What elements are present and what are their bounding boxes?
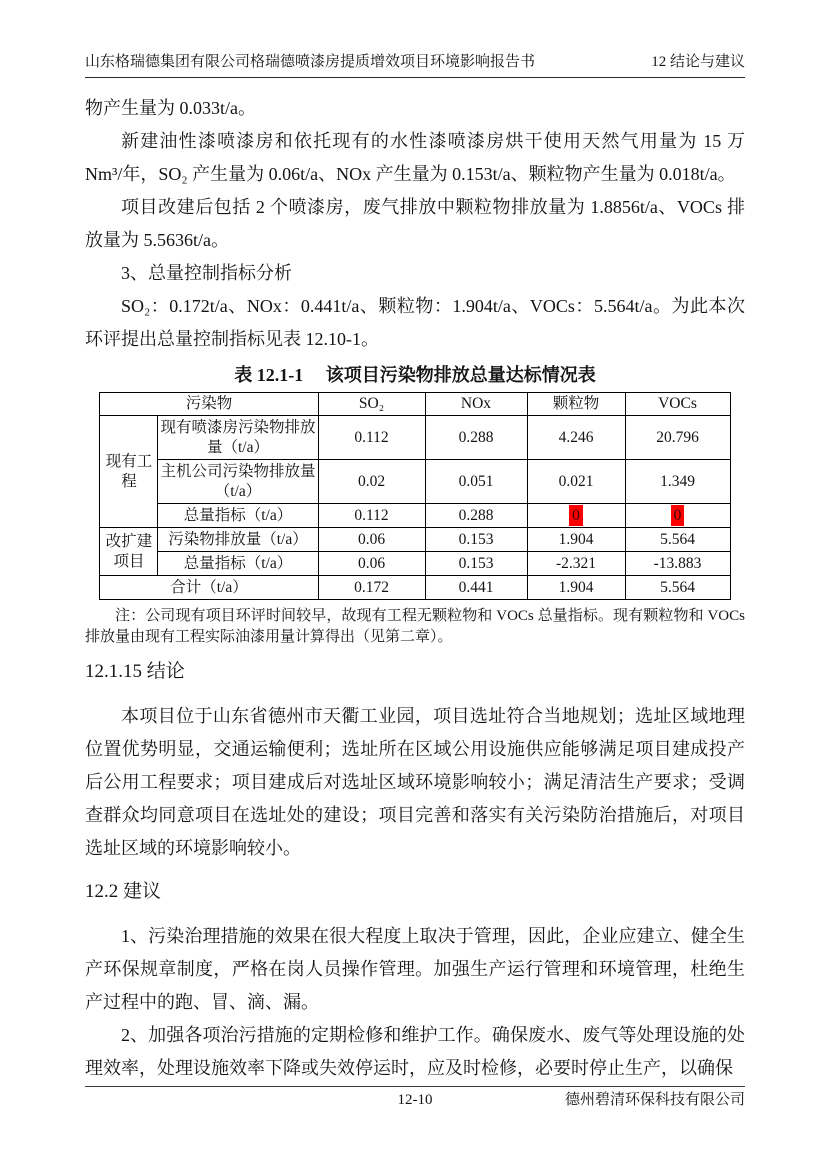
row-group-expansion-project: 改扩建项目 [100, 528, 158, 576]
col-header-vocs: VOCs [625, 393, 730, 416]
row-label: 现有喷漆房污染物排放量（t/a） [158, 416, 318, 460]
cell-value: 0 [625, 504, 730, 528]
table-row: 现有工程 现有喷漆房污染物排放量（t/a） 0.112 0.288 4.246 … [100, 416, 730, 460]
section-heading-conclusion: 12.1.15 结论 [85, 658, 745, 685]
cell-value: 0.153 [425, 528, 527, 552]
col-header-nox: NOx [425, 393, 527, 416]
page-footer: 12-10 德州碧清环保科技有限公司 [85, 1086, 745, 1110]
table-row: 主机公司污染物排放量（t/a） 0.02 0.051 0.021 1.349 [100, 460, 730, 504]
table-row: 总量指标（t/a） 0.06 0.153 -2.321 -13.883 [100, 552, 730, 576]
col-header-pollutant: 污染物 [100, 393, 318, 416]
body-paragraph-continuation: 物产生量为 0.033t/a。 [85, 92, 745, 125]
footer-company: 德州碧清环保科技有限公司 [433, 1090, 746, 1110]
table-row-total: 合计（t/a） 0.172 0.441 1.904 5.564 [100, 576, 730, 600]
cell-value: 1.904 [527, 528, 625, 552]
row-label: 主机公司污染物排放量（t/a） [158, 460, 318, 504]
cell-value: 0.112 [318, 504, 425, 528]
table-title: 表 12.1-1 该项目污染物排放总量达标情况表 [85, 363, 745, 388]
cell-value: 0.021 [527, 460, 625, 504]
cell-value: 5.564 [625, 576, 730, 600]
page-number: 12-10 [398, 1090, 433, 1110]
header-chapter-label: 12 结论与建议 [651, 52, 745, 72]
suggestion-paragraph-2: 2、加强各项治污措施的定期检修和维护工作。确保废水、废气等处理设施的处理效率，处… [85, 1019, 745, 1085]
cell-value: 20.796 [625, 416, 730, 460]
highlighted-pm-quota: 0 [569, 505, 583, 526]
cell-value: -2.321 [527, 552, 625, 576]
highlighted-vocs-quota: 0 [671, 505, 685, 526]
row-label: 总量指标（t/a） [158, 552, 318, 576]
document-page: 山东格瑞德集团有限公司格瑞德喷漆房提质增效项目环境影响报告书 12 结论与建议 … [0, 0, 827, 1169]
cell-value: 0.02 [318, 460, 425, 504]
cell-value: 0.06 [318, 552, 425, 576]
table-header-row: 污染物 SO₂ NOx 颗粒物 VOCs [100, 393, 730, 416]
col-header-so2: SO₂ [318, 393, 425, 416]
body-paragraph-gas-usage: 新建油性漆喷漆房和依托现有的水性漆喷漆房烘干使用天然气用量为 15 万 Nm³/… [85, 125, 745, 191]
body-paragraph-quota-values: SO₂：0.172t/a、NOx：0.441t/a、颗粒物：1.904t/a、V… [85, 290, 745, 356]
cell-value: -13.883 [625, 552, 730, 576]
cell-value: 0.051 [425, 460, 527, 504]
cell-value: 0.288 [425, 416, 527, 460]
page-header: 山东格瑞德集团有限公司格瑞德喷漆房提质增效项目环境影响报告书 12 结论与建议 [85, 0, 745, 78]
row-label: 总量指标（t/a） [158, 504, 318, 528]
conclusion-paragraph: 本项目位于山东省德州市天衢工业园，项目选址符合当地规划；选址区域地理位置优势明显… [85, 700, 745, 865]
cell-value: 0.153 [425, 552, 527, 576]
row-label: 污染物排放量（t/a） [158, 528, 318, 552]
row-group-existing-project: 现有工程 [100, 416, 158, 528]
cell-value: 0.112 [318, 416, 425, 460]
cell-value: 4.246 [527, 416, 625, 460]
section-heading-suggestions: 12.2 建议 [85, 878, 745, 905]
cell-value: 0.441 [425, 576, 527, 600]
cell-value: 1.349 [625, 460, 730, 504]
cell-value: 0.06 [318, 528, 425, 552]
body-paragraph-rebuild: 项目改建后包括 2 个喷漆房，废气排放中颗粒物排放量为 1.8856t/a、VO… [85, 191, 745, 257]
suggestion-paragraph-1: 1、污染治理措施的效果在很大程度上取决于管理，因此，企业应建立、健全生产环保规章… [85, 920, 745, 1019]
row-label-total: 合计（t/a） [100, 576, 318, 600]
col-header-pm: 颗粒物 [527, 393, 625, 416]
cell-value: 5.564 [625, 528, 730, 552]
cell-value: 0.288 [425, 504, 527, 528]
cell-value: 0 [527, 504, 625, 528]
table-row: 总量指标（t/a） 0.112 0.288 0 0 [100, 504, 730, 528]
body-paragraph-quota-heading: 3、总量控制指标分析 [85, 257, 745, 290]
table-row: 改扩建项目 污染物排放量（t/a） 0.06 0.153 1.904 5.564 [100, 528, 730, 552]
pollutant-emission-table: 污染物 SO₂ NOx 颗粒物 VOCs 现有工程 现有喷漆房污染物排放量（t/… [99, 392, 730, 600]
cell-value: 1.904 [527, 576, 625, 600]
header-report-title: 山东格瑞德集团有限公司格瑞德喷漆房提质增效项目环境影响报告书 [85, 52, 535, 72]
cell-value: 0.172 [318, 576, 425, 600]
table-note: 注：公司现有项目环评时间较早，故现有工程无颗粒物和 VOCs 总量指标。现有颗粒… [85, 606, 745, 648]
